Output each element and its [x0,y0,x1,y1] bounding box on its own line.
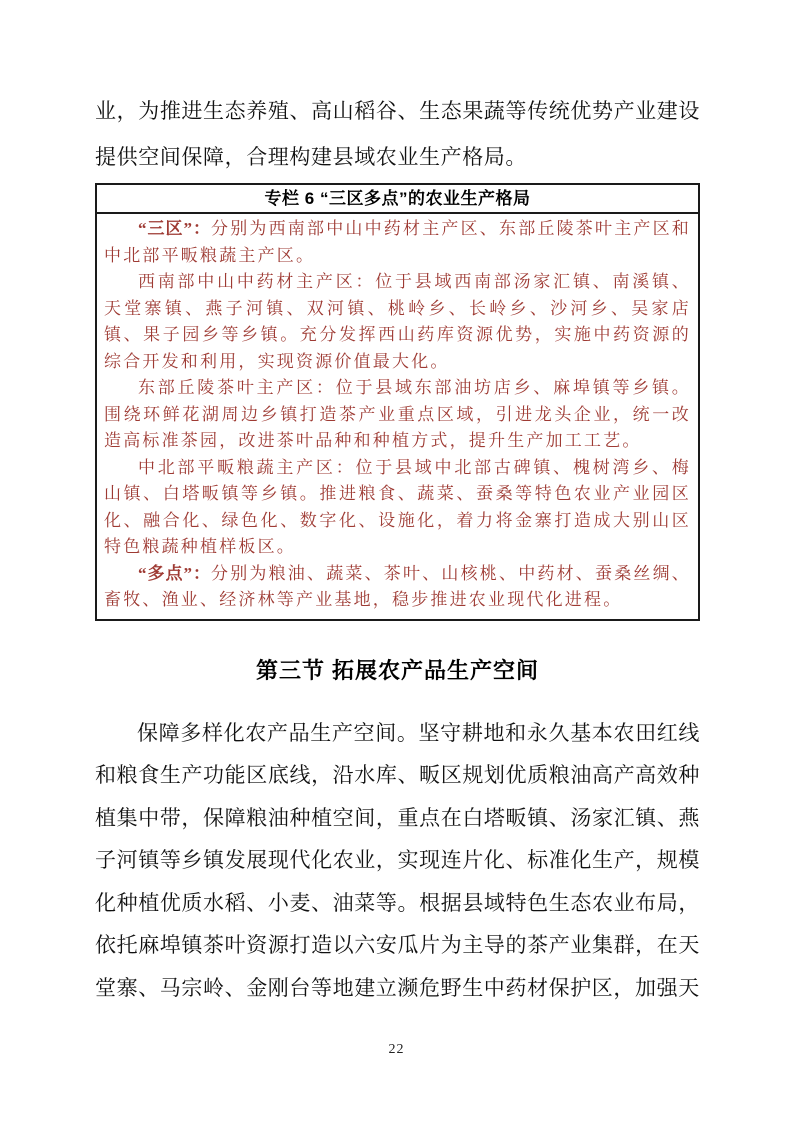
panel-paragraph: 西南部中山中药材主产区：位于县域西南部汤家汇镇、南溪镇、天堂寨镇、燕子河镇、双河… [104,269,691,375]
panel-title: 专栏 6 “三区多点”的农业生产格局 [97,185,698,214]
panel-paragraph: 东部丘陵茶叶主产区：位于县域东部油坊店乡、麻埠镇等乡镇。围绕环鲜花湖周边乡镇打造… [104,375,691,455]
panel-paragraph: “多点”：分别为粮油、蔬菜、茶叶、山核桃、中药材、蚕桑丝绸、畜牧、渔业、经济林等… [104,561,691,614]
intro-paragraph: 业，为推进生态养殖、高山稻谷、生态果蔬等传统优势产业建设提供空间保障，合理构建县… [95,88,700,180]
panel-paragraph: 中北部平畈粮蔬主产区：位于县域中北部古碑镇、槐树湾乡、梅山镇、白塔畈镇等乡镇。推… [104,455,691,561]
section-heading: 第三节 拓展农产品生产空间 [95,657,700,685]
column-panel: 专栏 6 “三区多点”的农业生产格局 “三区”：分别为西南部中山中药材主产区、东… [95,183,700,621]
section-paragraph: 保障多样化农产品生产空间。坚守耕地和永久基本农田红线和粮食生产功能区底线，沿水库… [95,712,700,1010]
panel-paragraph-lead: “多点”： [138,564,211,583]
panel-paragraphs: “三区”：分别为西南部中山中药材主产区、东部丘陵茶叶主产区和中北部平畈粮蔬主产区… [97,214,698,619]
panel-paragraph: “三区”：分别为西南部中山中药材主产区、东部丘陵茶叶主产区和中北部平畈粮蔬主产区… [104,216,691,269]
document-page: 业，为推进生态养殖、高山稻谷、生态果蔬等传统优势产业建设提供空间保障，合理构建县… [0,0,793,1122]
page-number: 22 [0,1042,793,1058]
panel-paragraph-lead: “三区”： [138,219,211,238]
